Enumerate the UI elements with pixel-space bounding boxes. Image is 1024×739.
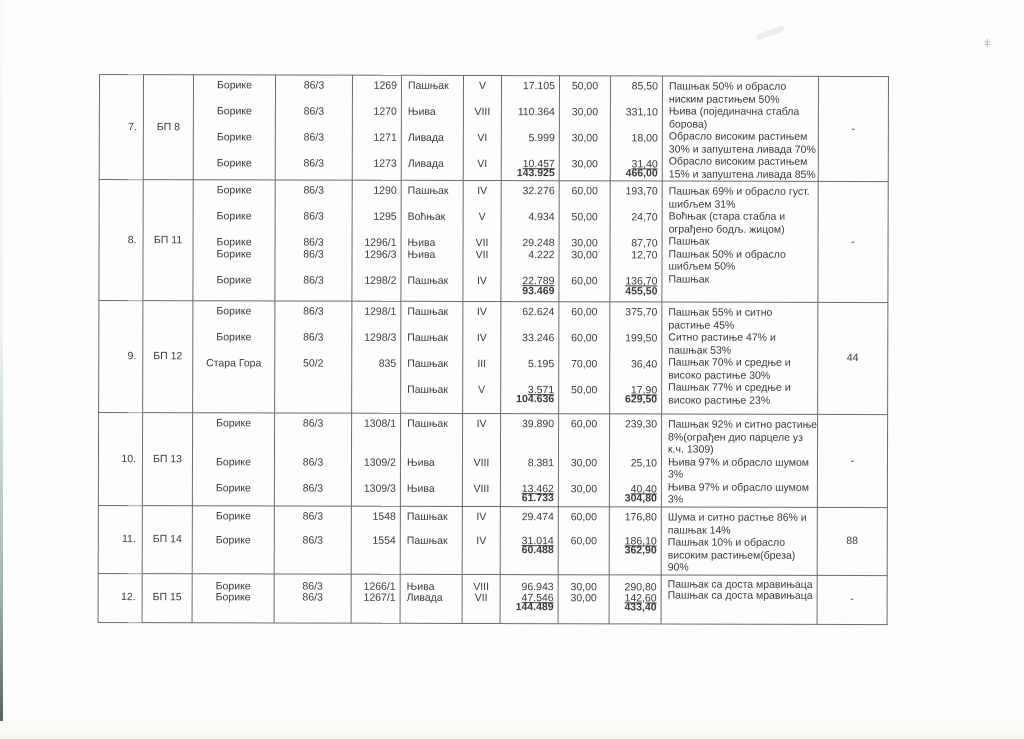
description-cell: Пашњак 50% и обраслониским растињем 50%Њ… xyxy=(662,76,818,181)
note: - xyxy=(818,181,888,302)
soil-class: VII xyxy=(464,249,501,262)
item-number: 9. xyxy=(99,301,143,413)
location: Борике xyxy=(193,591,274,604)
soil-class: VI xyxy=(464,132,501,145)
soil-class: IV xyxy=(463,511,500,524)
item-number: 7. xyxy=(99,75,143,180)
description-line: Пашњак 10% и обрасло xyxy=(668,536,817,549)
area: 29.248 xyxy=(502,237,559,250)
description-line: Пашњак 55% и ситно xyxy=(668,306,817,319)
unit-price: 30,00 xyxy=(560,249,610,262)
parcel-number-cell: 129012951296/11296/31298/2 xyxy=(352,180,401,301)
land-use: Њива xyxy=(402,249,463,262)
land-use-cell: ЊиваЛивада xyxy=(400,574,462,623)
location: Борике xyxy=(193,274,274,287)
description-line: Шума и ситно растње 86% и xyxy=(668,511,817,524)
soil-class-cell: VVIIIVIVI xyxy=(463,75,501,180)
note: - xyxy=(818,76,888,181)
location: Борике xyxy=(193,305,274,318)
area: 110.364 xyxy=(502,106,559,119)
value: 36,40 xyxy=(610,358,661,371)
description-line: ниским растињем 50% xyxy=(669,93,818,106)
parcel-table: 7.БП 8БорикеБорикеБорикеБорике86/386/386… xyxy=(98,74,889,625)
description-line: Њива 97% и обрасло шумом xyxy=(668,456,817,469)
description-line: 3% xyxy=(668,468,817,481)
value-cell: 290,80142,60433,40 xyxy=(609,574,661,623)
location: Борике xyxy=(193,482,274,495)
location: Борике xyxy=(194,184,275,197)
parcel-number: 1271 xyxy=(353,132,401,145)
location-cell: БорикеБорике xyxy=(192,573,274,622)
map-sheet-cell: 86/386/386/3 xyxy=(274,413,351,506)
description-line: Пашњак 77% и средње и xyxy=(668,381,817,394)
scan-mark: ǂ xyxy=(984,38,990,50)
location: Борике xyxy=(194,236,275,249)
area: 33.246 xyxy=(501,332,558,345)
total-value: 466,00 xyxy=(611,167,662,180)
unit-price: 60,00 xyxy=(559,332,609,345)
value: 24,70 xyxy=(611,211,662,224)
description-cell: Шума и ситно растње 86% ипашњак 14%Пашња… xyxy=(661,507,817,575)
soil-class: VIII xyxy=(464,106,501,119)
block-id: БП 8 xyxy=(143,75,193,180)
description-line: Пашњак 92% и ситно растиње xyxy=(668,418,817,431)
table-row: 10.БП 13БорикеБорикеБорике86/386/386/313… xyxy=(98,413,887,508)
total-value: 304,80 xyxy=(610,492,661,505)
soil-class-cell: IVVVIIVIIIV xyxy=(463,180,501,301)
land-use-cell: ПашњакПашњакПашњакПашњак xyxy=(401,301,463,413)
description-line: ограђено бодљ. жицом) xyxy=(669,223,818,236)
description-line: Воћњак (стара стабла и xyxy=(669,210,818,223)
parcel-number: 835 xyxy=(352,358,400,371)
area: 5.999 xyxy=(502,132,559,145)
unit-price: 60,00 xyxy=(559,306,609,319)
location-cell: БорикеБорикеБорике xyxy=(192,413,274,506)
scanned-page: 7.БП 8БорикеБорикеБорикеБорике86/386/386… xyxy=(98,74,889,625)
value-cell: 85,50331,1018,0031,40466,00 xyxy=(610,76,662,181)
land-use: Ливада xyxy=(402,158,463,171)
map-sheet: 86/3 xyxy=(275,591,351,604)
scan-bottom-shade xyxy=(0,721,1024,739)
description-line: Ситно растиње 47% и xyxy=(668,331,817,344)
unit-price: 30,00 xyxy=(560,106,610,119)
soil-class-cell: IVVIIIVIII xyxy=(462,413,500,506)
total-value: 455,50 xyxy=(610,285,661,298)
description-line: Пашњак 70% и средње и xyxy=(668,356,817,369)
description-line: Пашњак xyxy=(668,273,817,286)
note: - xyxy=(817,414,887,507)
scan-edge-artifact xyxy=(0,0,3,739)
location: Борике xyxy=(194,79,275,92)
description-cell: Пашњак 69% и обрасло густ.шибљем 31%Воћњ… xyxy=(662,181,818,302)
table-row: 7.БП 8БорикеБорикеБорикеБорике86/386/386… xyxy=(99,75,888,182)
map-sheet: 86/3 xyxy=(276,184,352,197)
description-line: 30% и запуштена ливада 70% xyxy=(669,143,818,156)
unit-price: 30,00 xyxy=(559,457,609,470)
location: Борике xyxy=(194,157,275,170)
unit-price: 60,00 xyxy=(559,535,609,548)
soil-class: III xyxy=(463,358,500,371)
location: Борике xyxy=(193,417,274,430)
area: 4.222 xyxy=(502,249,559,262)
area: 39.890 xyxy=(501,418,558,431)
unit-price: 60,00 xyxy=(560,185,610,198)
parcel-number: 1273 xyxy=(353,158,401,171)
area-cell: 62.62433.2465.1953.571104.636 xyxy=(501,302,559,414)
description-line: 3% xyxy=(668,493,817,506)
land-use: Њива xyxy=(401,457,462,470)
total-area: 143.925 xyxy=(502,167,559,180)
description-line: Њива (појединачна стабла xyxy=(669,105,818,118)
map-sheet-cell: 86/386/3 xyxy=(274,506,351,574)
unit-price-cell: 30,0030,00 xyxy=(558,574,609,623)
note: - xyxy=(817,575,887,624)
description-line: Пашњак 50% и обрасло xyxy=(669,80,818,93)
map-sheet-cell: 86/386/350/2 xyxy=(275,301,352,413)
total-area: 93.469 xyxy=(501,285,558,298)
map-sheet: 86/3 xyxy=(275,417,351,430)
land-use: Пашњак xyxy=(401,384,462,397)
soil-class: VIII xyxy=(463,457,500,470)
unit-price: 50,00 xyxy=(560,80,610,93)
map-sheet: 50/2 xyxy=(275,357,351,370)
description-line: Пашњак 69% и обрасло густ. xyxy=(669,185,818,198)
value-cell: 193,7024,7087,7012,70136,70455,50 xyxy=(610,181,662,302)
description-line: шибљем 50% xyxy=(668,260,817,273)
area-cell: 32.2764.93429.2484.22222.78993.469 xyxy=(501,181,559,302)
description-line: 15% и запуштена ливада 85% xyxy=(669,168,818,181)
table-row: 8.БП 11БорикеБорикеБорикеБорикеБорике86/… xyxy=(99,180,888,303)
description-line: борова) xyxy=(669,118,818,131)
description-line: Пашњак 50% и обрасло xyxy=(669,248,818,261)
parcel-number: 1296/3 xyxy=(353,249,401,262)
land-use-cell: ПашњакЊиваЛивадаЛивада xyxy=(401,75,463,180)
map-sheet: 86/3 xyxy=(275,274,351,287)
soil-class: IV xyxy=(463,306,500,319)
land-use: Пашњак xyxy=(401,275,462,288)
item-number: 12. xyxy=(98,573,142,622)
soil-class: VII xyxy=(464,237,501,250)
parcel-number: 1296/1 xyxy=(353,237,401,250)
land-use-cell: ПашњакЊиваЊива xyxy=(400,413,462,506)
block-id: БП 11 xyxy=(143,180,193,301)
location-cell: БорикеБорикеБорикеБорике xyxy=(193,75,275,180)
land-use: Ливада xyxy=(401,591,462,604)
land-use: Њива xyxy=(402,106,463,119)
location-cell: БорикеБорикеСтара Гора xyxy=(193,301,275,413)
soil-class: IV xyxy=(463,418,500,431)
location: Борике xyxy=(193,510,274,523)
parcel-number: 1298/3 xyxy=(352,332,400,345)
block-id: БП 14 xyxy=(142,506,192,574)
unit-price: 60,00 xyxy=(559,275,609,288)
item-number: 8. xyxy=(99,180,143,301)
area: 62.624 xyxy=(501,306,558,319)
map-sheet: 86/3 xyxy=(275,456,351,469)
unit-price: 50,00 xyxy=(559,384,609,397)
parcel-number: 1308/1 xyxy=(352,418,400,431)
parcel-number: 1267/1 xyxy=(352,591,400,604)
description-line: високо растиње 23% xyxy=(668,394,817,407)
map-sheet: 86/3 xyxy=(275,331,351,344)
map-sheet: 86/3 xyxy=(275,305,351,318)
map-sheet: 86/3 xyxy=(275,510,351,523)
map-sheet-cell: 86/386/386/386/386/3 xyxy=(275,180,352,301)
total-area: 60.488 xyxy=(501,544,558,557)
area: 4.934 xyxy=(502,211,559,224)
parcel-number: 1298/2 xyxy=(352,275,400,288)
parcel-number: 1298/1 xyxy=(352,306,400,319)
parcel-number-cell: 1266/11267/1 xyxy=(351,574,400,623)
value: 85,50 xyxy=(611,80,662,93)
unit-price-cell: 60,0030,0030,00 xyxy=(558,414,609,507)
description-line: Пашњак са доста мравињаца xyxy=(668,590,817,602)
description-cell: Пашњак 55% и ситнорастиње 45%Ситно расти… xyxy=(662,302,818,414)
parcel-number: 1270 xyxy=(353,106,401,119)
unit-price: 30,00 xyxy=(560,132,610,145)
item-number: 11. xyxy=(98,505,142,573)
description-line: к.ч. 1309) xyxy=(668,443,817,456)
unit-price-cell: 60,0060,0070,0050,00 xyxy=(559,302,610,414)
table-row: 9.БП 12БорикеБорикеСтара Гора86/386/350/… xyxy=(99,301,888,415)
parcel-number-cell: 15481554 xyxy=(351,506,400,574)
scan-smudge xyxy=(755,25,785,41)
value: 193,70 xyxy=(611,185,662,198)
unit-price: 60,00 xyxy=(559,511,609,524)
land-use: Пашњак xyxy=(402,185,463,198)
map-sheet: 86/3 xyxy=(276,157,352,170)
location-cell: БорикеБорике xyxy=(192,506,274,574)
total-area: 144.489 xyxy=(501,601,558,614)
block-id: БП 13 xyxy=(142,413,192,506)
unit-price: 30,00 xyxy=(560,237,610,250)
value: 239,30 xyxy=(610,418,661,431)
location-cell: БорикеБорикеБорикеБорикеБорике xyxy=(193,180,275,301)
soil-class: VIII xyxy=(463,483,500,496)
description-line: Обрасло високим растињем xyxy=(669,130,818,143)
description-line: пашњак 53% xyxy=(668,344,817,357)
land-use: Пашњак xyxy=(402,80,463,93)
value: 375,70 xyxy=(610,306,661,319)
area-cell: 29.47431.01460.488 xyxy=(500,507,558,575)
location: Стара Гора xyxy=(193,357,274,370)
description-line: високим растињем(бреза) xyxy=(668,549,817,562)
description-line: пашњак 14% xyxy=(668,524,817,537)
value: 12,70 xyxy=(611,249,662,262)
area-cell: 17.105110.3645.99910.457143.925 xyxy=(501,76,559,181)
value: 331,10 xyxy=(611,106,662,119)
total-area: 61.733 xyxy=(501,492,558,505)
land-use: Пашњак xyxy=(401,306,462,319)
block-id: БП 12 xyxy=(143,301,193,413)
parcel-number: 1554 xyxy=(352,535,400,548)
area: 8.381 xyxy=(501,457,558,470)
location: Борике xyxy=(194,105,275,118)
land-use: Њива xyxy=(401,483,462,496)
area: 29.474 xyxy=(501,511,558,524)
parcel-number: 1548 xyxy=(352,511,400,524)
location: Борике xyxy=(193,331,274,344)
location: Борике xyxy=(194,131,275,144)
block-id: БП 15 xyxy=(142,573,192,622)
parcel-number: 1290 xyxy=(353,185,401,198)
description-line: растиње 45% xyxy=(668,319,817,332)
total-area: 104.636 xyxy=(501,393,558,406)
parcel-number: 1309/3 xyxy=(352,483,400,496)
description-line: шибљем 31% xyxy=(669,198,818,211)
value: 199,50 xyxy=(610,332,661,345)
map-sheet: 86/3 xyxy=(276,236,352,249)
soil-class: VI xyxy=(464,158,501,171)
unit-price-cell: 60,0060,00 xyxy=(558,507,609,575)
map-sheet: 86/3 xyxy=(276,105,352,118)
map-sheet-cell: 86/386/3 xyxy=(274,573,351,622)
value: 87,70 xyxy=(611,237,662,250)
land-use: Воћњак xyxy=(402,211,463,224)
area-cell: 96.94347.546144.489 xyxy=(500,574,558,623)
description-line: 8%(ограђен дио парцеле уз xyxy=(668,431,817,444)
unit-price: 30,00 xyxy=(560,158,610,171)
soil-class: IV xyxy=(463,332,500,345)
map-sheet-cell: 86/386/386/386/3 xyxy=(275,75,352,180)
unit-price-cell: 50,0030,0030,0030,00 xyxy=(559,76,610,181)
soil-class: V xyxy=(463,384,500,397)
soil-class: IV xyxy=(463,275,500,288)
parcel-number-cell: 1269127012711273 xyxy=(352,75,401,180)
location: Борике xyxy=(193,534,274,547)
parcel-number: 1309/2 xyxy=(352,457,400,470)
value: 25,10 xyxy=(610,457,661,470)
soil-class: V xyxy=(464,80,501,93)
value-cell: 239,3025,1040,40304,80 xyxy=(609,414,661,507)
parcel-number: 1269 xyxy=(353,80,401,93)
total-value: 433,40 xyxy=(610,601,661,614)
land-use: Ливада xyxy=(402,132,463,145)
soil-class: VII xyxy=(463,591,500,604)
soil-class-cell: IVIVIIIV xyxy=(463,301,501,413)
map-sheet: 86/3 xyxy=(275,482,351,495)
note: 44 xyxy=(817,302,887,414)
area: 32.276 xyxy=(502,185,559,198)
table-row: 12.БП 15БорикеБорике86/386/31266/11267/1… xyxy=(98,573,887,624)
land-use-cell: ПашњакВоћњакЊиваЊиваПашњак xyxy=(401,180,463,301)
description-cell: Пашњак са доста мравињацаПашњак са доста… xyxy=(661,574,817,623)
land-use: Пашњак xyxy=(401,358,462,371)
description-line: Пашњак xyxy=(669,235,818,248)
unit-price-cell: 60,0050,0030,0030,0060,00 xyxy=(559,181,610,302)
description-line: Њива 97% и обрасло шумом xyxy=(668,481,817,494)
description-line: 90% xyxy=(668,561,817,574)
unit-price: 30,00 xyxy=(559,483,609,496)
location: Борике xyxy=(193,456,274,469)
value-cell: 176,80186,10362,90 xyxy=(609,507,661,575)
soil-class-cell: VIIIVII xyxy=(462,574,500,623)
parcel-number-cell: 1308/11309/21309/3 xyxy=(351,413,400,506)
soil-class: V xyxy=(464,211,501,224)
parcel-number-cell: 1298/11298/3835 xyxy=(352,301,401,413)
unit-price: 70,00 xyxy=(559,358,609,371)
map-sheet: 86/3 xyxy=(276,79,352,92)
description-cell: Пашњак 92% и ситно растиње8%(ограђен дио… xyxy=(661,414,817,507)
location: Борике xyxy=(194,248,275,261)
location: Борике xyxy=(194,210,275,223)
land-use: Пашњак xyxy=(401,332,462,345)
unit-price: 30,00 xyxy=(559,592,609,605)
description-line: високо растиње 30% xyxy=(668,369,817,382)
unit-price: 60,00 xyxy=(559,418,609,431)
area: 5.195 xyxy=(501,358,558,371)
parcel-number: 1295 xyxy=(353,211,401,224)
soil-class-cell: IVIV xyxy=(462,506,500,574)
description-line: Обрасло високим растињем xyxy=(669,155,818,168)
area: 17.105 xyxy=(502,80,559,93)
map-sheet: 86/3 xyxy=(276,248,352,261)
value: 176,80 xyxy=(610,511,661,524)
total-value: 362,90 xyxy=(610,544,661,557)
value: 18,00 xyxy=(611,132,662,145)
unit-price: 50,00 xyxy=(560,211,610,224)
land-use: Пашњак xyxy=(401,418,462,431)
item-number: 10. xyxy=(98,413,142,506)
land-use-cell: ПашњакПашњак xyxy=(400,506,462,574)
map-sheet: 86/3 xyxy=(276,131,352,144)
soil-class: IV xyxy=(464,185,501,198)
map-sheet: 86/3 xyxy=(275,534,351,547)
land-use: Њива xyxy=(402,237,463,250)
note: 88 xyxy=(817,507,887,575)
land-use: Пашњак xyxy=(401,535,462,548)
map-sheet: 86/3 xyxy=(276,210,352,223)
land-use: Пашњак xyxy=(401,511,462,524)
total-value: 629,50 xyxy=(610,393,661,406)
area-cell: 39.8908.38113.46261.733 xyxy=(500,414,558,507)
value-cell: 375,70199,5036,4017,90629,50 xyxy=(610,302,662,414)
table-row: 11.БП 14БорикеБорике86/386/315481554Пашњ… xyxy=(98,505,887,575)
soil-class: IV xyxy=(463,535,500,548)
